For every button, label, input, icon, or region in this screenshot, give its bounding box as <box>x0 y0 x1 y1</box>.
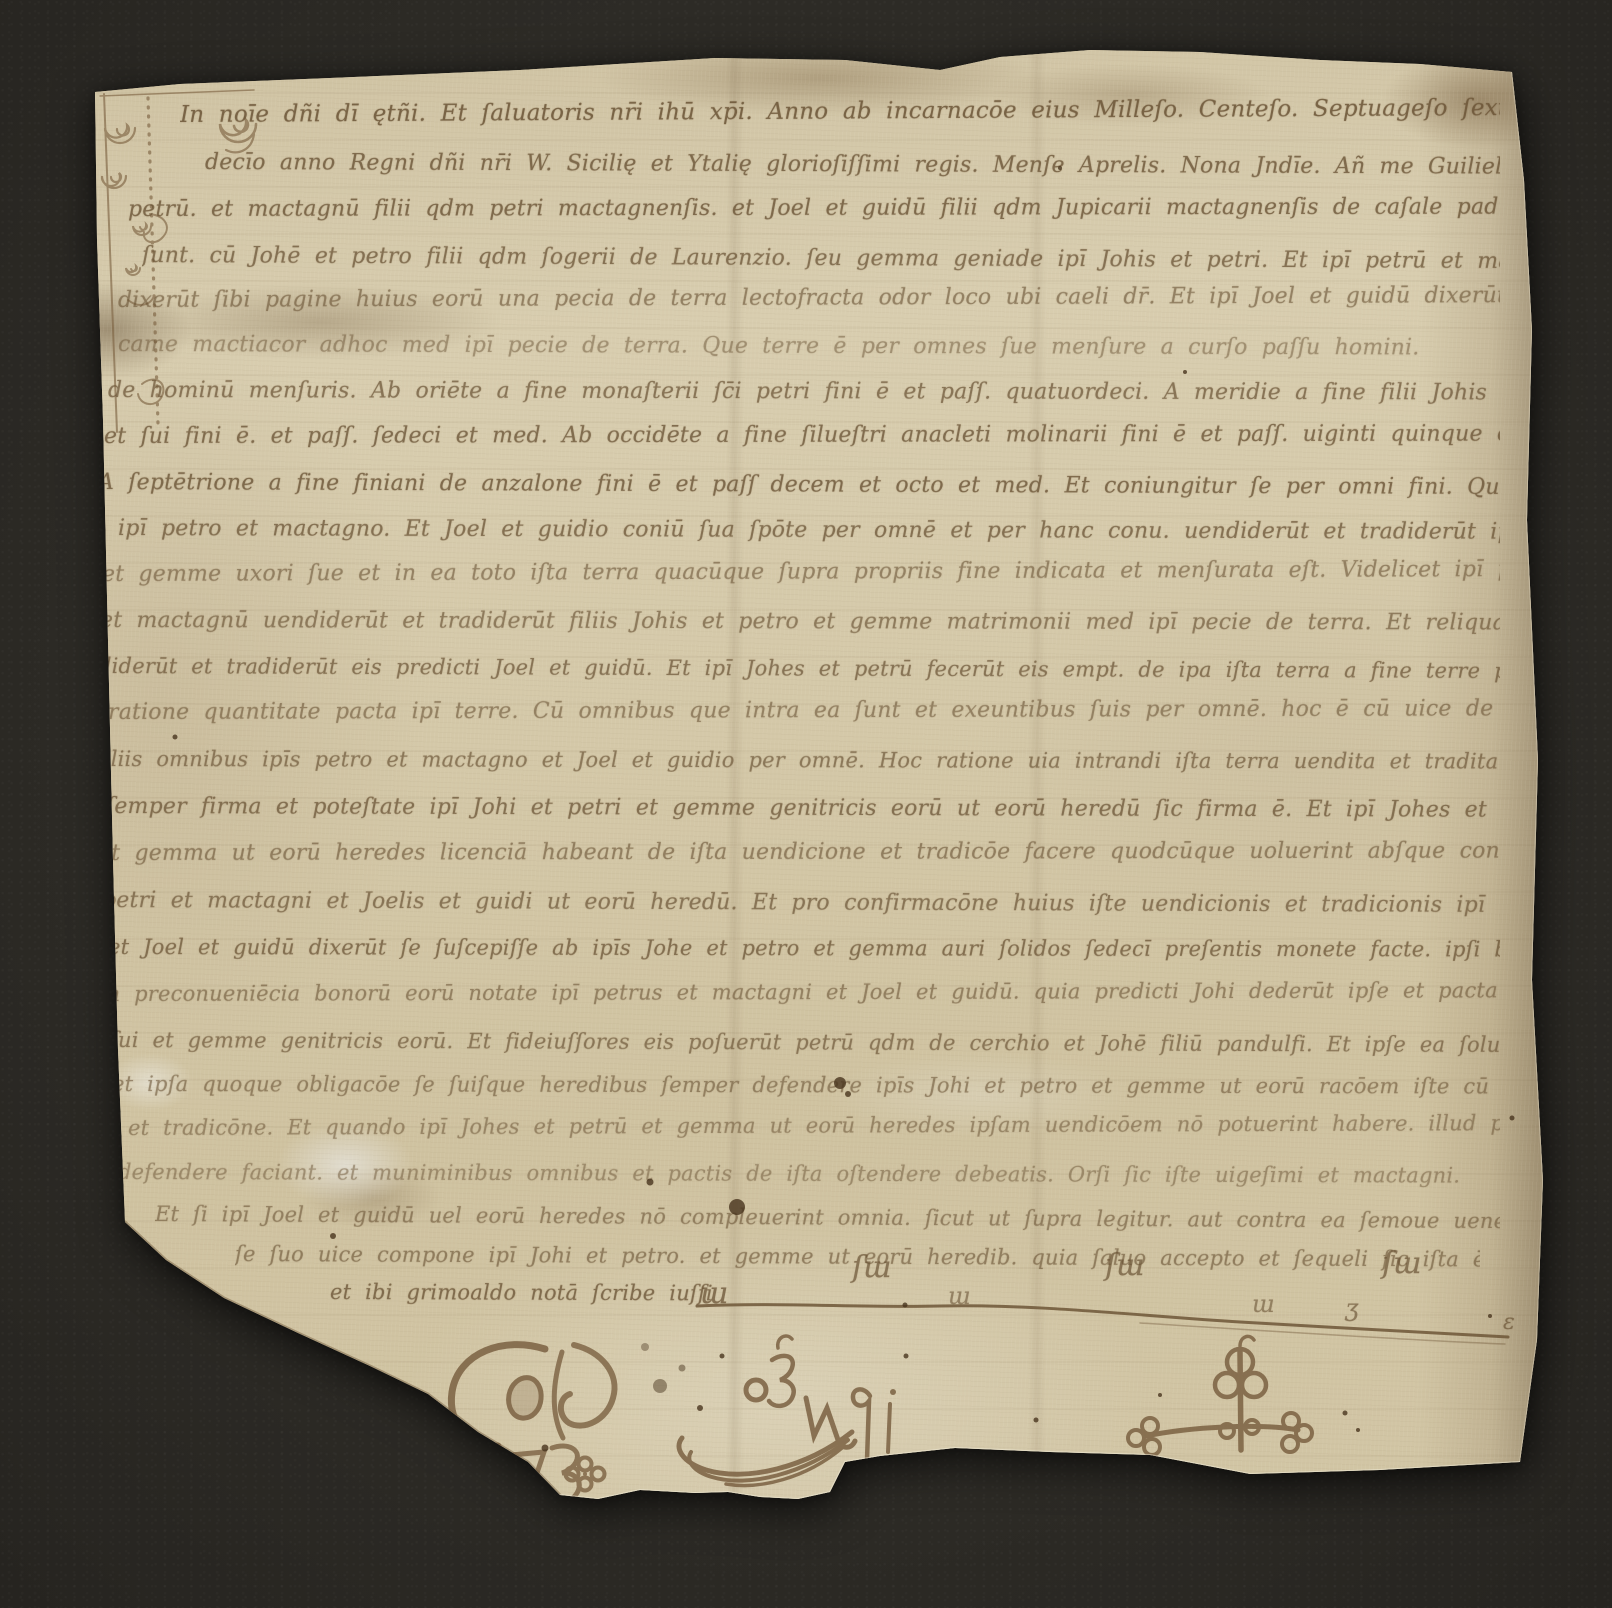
signum-teardrop <box>554 1345 614 1438</box>
tear-edge-shading <box>125 1222 560 1495</box>
right-edge-highlight <box>1512 72 1543 1462</box>
photo-stage: In noīe dñi dī ętñi. Et ſaluatoris nr̄i … <box>0 0 1612 1608</box>
signum-arc-o <box>451 1345 545 1447</box>
ink-marks-overlay <box>0 0 1612 1608</box>
ink-specks <box>173 166 1515 1452</box>
signature-rule-line <box>697 1305 1508 1337</box>
signum-cross-trefoil <box>1128 1336 1312 1455</box>
parchment-shadow: In noīe dñi dī ętñi. Et ſaluatoris nr̄i … <box>0 0 1612 1608</box>
parchment-sheet: In noīe dñi dī ętñi. Et ſaluatoris nr̄i … <box>0 0 1612 1608</box>
signum-monogram <box>679 1336 896 1486</box>
